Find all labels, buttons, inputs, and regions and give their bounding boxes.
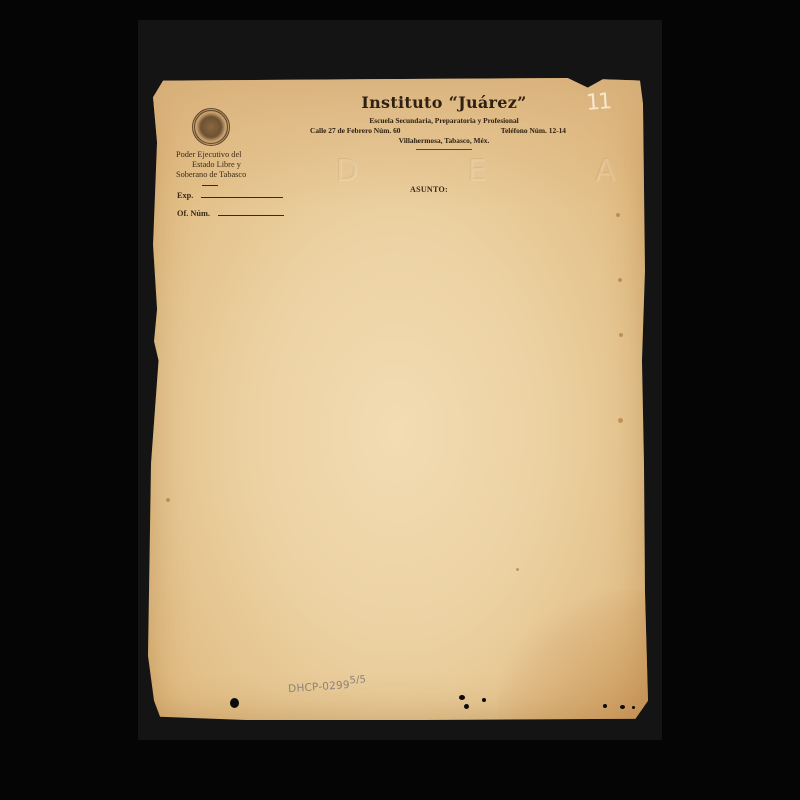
phone-number: Teléfono Núm. 12-14	[501, 126, 566, 135]
city: Villahermosa, Tabasco, Méx.	[324, 136, 564, 145]
header-divider	[416, 149, 472, 150]
damage-hole	[603, 704, 607, 708]
foxing-spot	[619, 333, 623, 337]
foxing-spot	[166, 498, 170, 502]
exp-field: Exp.	[177, 191, 283, 200]
of-num-label: Of. Núm.	[177, 209, 210, 218]
foxing-spot	[516, 568, 519, 571]
catalog-number: DHCP-02995/5	[288, 674, 367, 695]
issuer-line-3: Soberano de Tabasco	[176, 170, 256, 180]
show-through-watermark: DEA	[336, 154, 616, 189]
water-stain	[498, 590, 648, 720]
foxing-spot	[618, 418, 623, 423]
of-num-field: Of. Núm.	[177, 209, 284, 218]
damage-hole	[482, 698, 486, 702]
issuer-block: Poder Ejecutivo del Estado Libre y Sober…	[176, 150, 256, 186]
of-num-blank-line	[218, 215, 284, 216]
issuer-divider	[202, 185, 218, 186]
coat-of-arms-icon	[192, 108, 230, 146]
foxing-spot	[618, 278, 622, 282]
catalog-id: DHCP-0299	[288, 679, 350, 695]
exp-blank-line	[201, 197, 283, 198]
letterhead-header: Instituto “Juárez” Escuela Secundaria, P…	[324, 93, 564, 150]
institution-subtitle: Escuela Secundaria, Preparatoria y Profe…	[324, 116, 564, 125]
handwritten-page-mark: 11	[585, 89, 611, 116]
institution-name: Instituto “Juárez”	[324, 93, 564, 112]
damage-hole	[464, 704, 469, 709]
street-address: Calle 27 de Febrero Núm. 60	[310, 126, 400, 135]
issuer-line-2: Estado Libre y	[176, 160, 256, 170]
letterhead-paper: Poder Ejecutivo del Estado Libre y Sober…	[146, 78, 648, 720]
foxing-spot	[616, 213, 620, 217]
damage-hole	[620, 705, 625, 709]
catalog-suffix: 5/5	[349, 674, 366, 686]
asunto-label: ASUNTO:	[410, 185, 448, 194]
damage-hole	[459, 695, 465, 700]
exp-label: Exp.	[177, 191, 193, 200]
issuer-line-1: Poder Ejecutivo del	[176, 150, 256, 160]
damage-hole	[230, 698, 239, 708]
address-row: Calle 27 de Febrero Núm. 60 Teléfono Núm…	[310, 126, 566, 135]
damage-hole	[632, 706, 635, 709]
